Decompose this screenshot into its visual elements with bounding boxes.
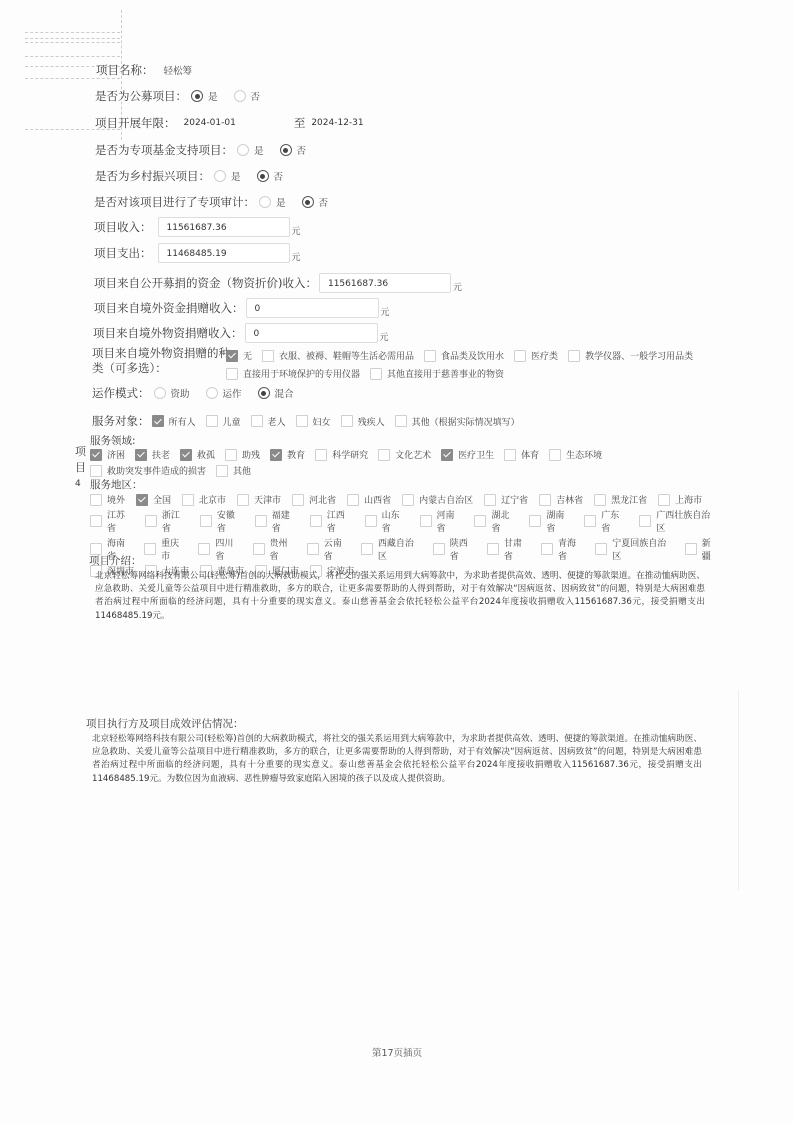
checkbox-label: 食品类及饮用水 xyxy=(441,349,504,362)
audit-label: 是否对该项目进行了专项审计： xyxy=(94,194,255,210)
side-label-char: 4 xyxy=(75,476,86,492)
checkbox-icon[interactable] xyxy=(529,515,541,527)
checkbox-label: 江西省 xyxy=(327,508,354,534)
checkbox-icon[interactable] xyxy=(90,494,102,506)
checkbox-label: 山西省 xyxy=(364,493,391,506)
regions-row: 江苏省浙江省安徽省福建省江西省山东省河南省湖北省湖南省广东省广西壮族自治区 xyxy=(90,508,730,534)
goods-types-label: 项目来自境外物资捐赠的种 类（可多选）： xyxy=(92,346,230,376)
goods-types-options: 无 衣服、被褥、鞋帽等生活必需用品 食品类及饮用水 医疗类 教学仪器、一般学习用… xyxy=(226,349,736,380)
checkbox-disability-aid[interactable]: 助残 xyxy=(225,448,260,461)
checkbox-children[interactable]: 儿童 xyxy=(206,415,241,428)
radio-no-label: 否 xyxy=(297,143,307,157)
checkbox-other-field[interactable]: 其他 xyxy=(216,464,251,477)
checkbox-other-charity[interactable]: 其他直接用于慈善事业的物资 xyxy=(370,367,504,380)
expense-unit: 元 xyxy=(292,250,301,263)
checkbox-icon[interactable] xyxy=(216,465,228,477)
checkbox-label: 甘肃省 xyxy=(504,536,530,562)
foreign-goods-label: 项目来自境外物资捐赠收入： xyxy=(93,325,243,341)
checkbox-region[interactable]: 广东省 xyxy=(584,508,628,534)
checkbox-icon[interactable] xyxy=(262,350,274,362)
regions-label: 服务地区： xyxy=(90,477,143,492)
checkbox-icon[interactable] xyxy=(237,494,249,506)
checkbox-label: 辽宁省 xyxy=(501,493,528,506)
goods-types-label-line1: 项目来自境外物资捐赠的种 xyxy=(92,346,230,361)
checkbox-region[interactable]: 浙江省 xyxy=(145,508,189,534)
project-name-value: 轻松筹 xyxy=(164,63,193,77)
checkbox-label: 儿童 xyxy=(223,415,241,428)
checkbox-daily-goods[interactable]: 衣服、被褥、鞋帽等生活必需用品 xyxy=(262,349,414,362)
checkbox-icon[interactable] xyxy=(361,543,373,555)
checkbox-label: 湖南省 xyxy=(546,508,573,534)
checkbox-label: 天津市 xyxy=(254,493,281,506)
checkbox-label: 黑龙江省 xyxy=(611,493,647,506)
checkbox-icon[interactable] xyxy=(594,494,606,506)
checkbox-poverty[interactable]: 济困 xyxy=(90,448,125,461)
checkbox-label: 其他 xyxy=(233,464,251,477)
checkbox-icon[interactable] xyxy=(251,415,263,427)
radio-no-label: 否 xyxy=(319,195,329,209)
checkbox-region[interactable]: 广西壮族自治区 xyxy=(639,508,719,534)
foreign-fund-row: 项目来自境外资金捐赠收入： 0 元 xyxy=(94,297,390,318)
public-income-field[interactable]: 11561687.36 xyxy=(319,273,451,293)
checkbox-label: 生态环境 xyxy=(566,448,602,461)
checkbox-icon[interactable] xyxy=(296,415,308,427)
checkbox-icon[interactable] xyxy=(539,494,551,506)
checkbox-icon[interactable] xyxy=(541,543,553,555)
targets-row: 服务对象： 所有人 儿童 老人 妇女 残疾人 其他（根据实际情况填写） xyxy=(92,413,530,429)
checkbox-icon[interactable] xyxy=(90,515,102,527)
radio-yes-label: 是 xyxy=(254,143,264,157)
side-label-char: 项 xyxy=(75,444,86,460)
checkbox-region[interactable]: 西藏自治区 xyxy=(361,536,422,562)
checkbox-region[interactable]: 甘肃省 xyxy=(487,536,530,562)
checkbox-icon[interactable] xyxy=(253,543,265,555)
checkbox-label: 云南省 xyxy=(324,536,350,562)
checkbox-region[interactable]: 黑龙江省 xyxy=(594,493,647,506)
checkbox-icon[interactable] xyxy=(487,543,499,555)
checkbox-label: 重庆市 xyxy=(161,536,187,562)
checkbox-icon[interactable] xyxy=(474,515,486,527)
foreign-goods-field[interactable]: 0 xyxy=(245,323,378,343)
checkbox-label: 其他直接用于慈善事业的物资 xyxy=(387,367,504,380)
checkbox-icon[interactable] xyxy=(90,465,102,477)
checkbox-region[interactable]: 福建省 xyxy=(255,508,299,534)
checkbox-icon[interactable] xyxy=(226,368,238,380)
page-number: 第17页插页 xyxy=(372,1045,422,1059)
checkbox-region[interactable]: 山西省 xyxy=(347,493,391,506)
radio-no-label: 否 xyxy=(251,89,261,103)
checkbox-icon[interactable] xyxy=(135,449,147,461)
radio-yes-label: 是 xyxy=(231,169,241,183)
checkbox-icon[interactable] xyxy=(225,449,237,461)
checkbox-medical[interactable]: 医疗类 xyxy=(514,349,558,362)
radio-no[interactable] xyxy=(234,90,246,102)
checkbox-region[interactable]: 江苏省 xyxy=(90,508,134,534)
scan-line xyxy=(25,56,120,57)
checkbox-region[interactable]: 山东省 xyxy=(365,508,409,534)
radio-funding-label: 资助 xyxy=(171,386,190,400)
checkbox-region[interactable]: 天津市 xyxy=(237,493,281,506)
targets-label: 服务对象： xyxy=(92,413,150,429)
checkbox-label: 贵州省 xyxy=(270,536,296,562)
checkbox-region[interactable]: 全国 xyxy=(136,493,171,506)
scan-line xyxy=(738,690,739,890)
checkbox-icon[interactable] xyxy=(514,350,526,362)
project-name-row: 项目名称： 轻松筹 xyxy=(96,62,192,78)
period-sep: 至 xyxy=(294,115,306,131)
checkbox-women[interactable]: 妇女 xyxy=(296,415,331,428)
checkbox-region[interactable]: 新疆 xyxy=(685,536,719,562)
checkbox-region[interactable]: 青海省 xyxy=(541,536,584,562)
foreign-fund-label: 项目来自境外资金捐赠收入： xyxy=(94,300,244,316)
scan-line xyxy=(25,38,120,39)
income-unit: 元 xyxy=(292,224,301,237)
checkbox-label: 四川省 xyxy=(215,536,241,562)
public-income-label: 项目来自公开募捐的资金（物资折价)收入： xyxy=(94,275,317,291)
checkbox-icon[interactable] xyxy=(658,494,670,506)
checkbox-icon[interactable] xyxy=(584,515,596,527)
checkbox-icon[interactable] xyxy=(441,449,453,461)
checkbox-label: 残疾人 xyxy=(358,415,385,428)
checkbox-icon[interactable] xyxy=(378,449,390,461)
checkbox-elderly[interactable]: 老人 xyxy=(251,415,286,428)
checkbox-environment[interactable]: 直接用于环境保护的专用仪器 xyxy=(226,367,360,380)
checkbox-label: 体育 xyxy=(521,448,539,461)
scan-line xyxy=(25,42,120,43)
checkbox-icon[interactable] xyxy=(402,494,414,506)
checkbox-label: 文化艺术 xyxy=(395,448,431,461)
radio-mixed[interactable] xyxy=(258,387,270,399)
checkbox-region[interactable]: 吉林省 xyxy=(539,493,583,506)
checkbox-icon[interactable] xyxy=(433,543,445,555)
checkbox-label: 河北省 xyxy=(309,493,336,506)
checkbox-icon[interactable] xyxy=(639,515,651,527)
checkbox-label: 浙江省 xyxy=(162,508,189,534)
checkbox-icon[interactable] xyxy=(307,543,319,555)
checkbox-label: 福建省 xyxy=(272,508,299,534)
checkbox-emergency[interactable]: 救助突发事件造成的损害 xyxy=(90,464,206,477)
foreign-fund-unit: 元 xyxy=(381,305,390,318)
checkbox-icon[interactable] xyxy=(315,449,327,461)
checkbox-food[interactable]: 食品类及饮用水 xyxy=(424,349,504,362)
checkbox-label: 江苏省 xyxy=(107,508,134,534)
checkbox-label: 河南省 xyxy=(437,508,464,534)
checkbox-icon[interactable] xyxy=(685,543,697,555)
checkbox-label: 救助突发事件造成的损害 xyxy=(107,464,206,477)
checkbox-icon[interactable] xyxy=(144,543,156,555)
checkbox-icon[interactable] xyxy=(595,543,607,555)
checkbox-icon[interactable] xyxy=(310,515,322,527)
checkbox-region[interactable]: 宁夏回族自治区 xyxy=(595,536,673,562)
checkbox-label: 广西壮族自治区 xyxy=(656,508,719,534)
checkbox-label: 吉林省 xyxy=(556,493,583,506)
radio-no-label: 否 xyxy=(274,169,284,183)
checkbox-icon[interactable] xyxy=(484,494,496,506)
checkbox-label: 陕西省 xyxy=(450,536,476,562)
checkbox-icon[interactable] xyxy=(395,415,407,427)
checkbox-label: 安徽省 xyxy=(217,508,244,534)
checkbox-label: 医疗卫生 xyxy=(458,448,494,461)
checkbox-culture[interactable]: 文化艺术 xyxy=(378,448,431,461)
checkbox-region[interactable]: 贵州省 xyxy=(253,536,296,562)
checkbox-region[interactable]: 河南省 xyxy=(420,508,464,534)
checkbox-region[interactable]: 上海市 xyxy=(658,493,702,506)
checkbox-label: 上海市 xyxy=(675,493,702,506)
checkbox-region[interactable]: 湖南省 xyxy=(529,508,573,534)
checkbox-region[interactable]: 北京市 xyxy=(182,493,226,506)
checkbox-label: 新疆 xyxy=(702,536,719,562)
checkbox-label: 全国 xyxy=(153,493,171,506)
radio-yes[interactable] xyxy=(214,170,226,182)
goods-types-label-line2: 类（可多选）： xyxy=(92,361,230,376)
checkbox-icon[interactable] xyxy=(255,515,267,527)
fields-label: 服务领域: xyxy=(90,433,136,448)
checkbox-education[interactable]: 教学仪器、一般学习用品类 xyxy=(568,349,693,362)
checkbox-ecology[interactable]: 生态环境 xyxy=(549,448,602,461)
expense-label: 项目支出： xyxy=(94,245,152,261)
radio-yes-label: 是 xyxy=(208,89,218,103)
checkbox-region[interactable]: 安徽省 xyxy=(200,508,244,534)
checkbox-icon[interactable] xyxy=(145,515,157,527)
checkbox-label: 无 xyxy=(243,349,252,362)
checkbox-label: 其他（根据实际情况填写） xyxy=(412,415,520,428)
checkbox-region[interactable]: 江西省 xyxy=(310,508,354,534)
radio-funding[interactable] xyxy=(154,387,166,399)
period-row: 项目开展年限： 2024-01-01 至 2024-12-31 xyxy=(95,115,364,131)
evaluation-text: 北京轻松筹网络科技有限公司(轻松筹)首创的大病救助模式，将社交的强关系运用到大病… xyxy=(92,733,702,786)
checkbox-icon[interactable] xyxy=(365,515,377,527)
audit-row: 是否对该项目进行了专项审计： 是 否 xyxy=(94,194,340,210)
radio-yes[interactable] xyxy=(237,144,249,156)
period-end: 2024-12-31 xyxy=(311,118,363,128)
checkbox-region[interactable]: 四川省 xyxy=(198,536,241,562)
checkbox-label: 科学研究 xyxy=(332,448,368,461)
checkbox-region[interactable]: 河北省 xyxy=(292,493,336,506)
checkbox-label: 青海省 xyxy=(558,536,584,562)
checkbox-label: 广东省 xyxy=(601,508,628,534)
foreign-goods-unit: 元 xyxy=(380,330,389,343)
checkbox-icon[interactable] xyxy=(549,449,561,461)
checkbox-label: 北京市 xyxy=(199,493,226,506)
rural-row: 是否为乡村振兴项目： 是 否 xyxy=(95,168,295,184)
checkbox-icon[interactable] xyxy=(90,449,102,461)
side-label-char: 目 xyxy=(75,460,86,476)
checkbox-region[interactable]: 云南省 xyxy=(307,536,350,562)
checkbox-region[interactable]: 内蒙古自治区 xyxy=(402,493,473,506)
checkbox-label: 助残 xyxy=(242,448,260,461)
special-fund-label: 是否为专项基金支持项目： xyxy=(95,142,233,158)
radio-no[interactable] xyxy=(302,196,314,208)
checkbox-label: 内蒙古自治区 xyxy=(419,493,473,506)
radio-no[interactable] xyxy=(257,170,269,182)
checkbox-sports[interactable]: 体育 xyxy=(504,448,539,461)
regions-options: 境外全国北京市天津市河北省山西省内蒙古自治区辽宁省吉林省黑龙江省上海市江苏省浙江… xyxy=(90,493,730,577)
checkbox-elderly-care[interactable]: 扶老 xyxy=(135,448,170,461)
checkbox-label: 扶老 xyxy=(152,448,170,461)
checkbox-label: 妇女 xyxy=(313,415,331,428)
checkbox-icon[interactable] xyxy=(226,350,238,362)
checkbox-everyone[interactable]: 所有人 xyxy=(152,415,196,428)
checkbox-region[interactable]: 辽宁省 xyxy=(484,493,528,506)
checkbox-healthcare[interactable]: 医疗卫生 xyxy=(441,448,494,461)
checkbox-label: 直接用于环境保护的专用仪器 xyxy=(243,367,360,380)
checkbox-region[interactable]: 湖北省 xyxy=(474,508,518,534)
checkbox-icon[interactable] xyxy=(180,449,192,461)
checkbox-region[interactable]: 陕西省 xyxy=(433,536,476,562)
checkbox-label: 衣服、被褥、鞋帽等生活必需用品 xyxy=(279,349,414,362)
checkbox-label: 老人 xyxy=(268,415,286,428)
regions-row: 境外全国北京市天津市河北省山西省内蒙古自治区辽宁省吉林省黑龙江省上海市 xyxy=(90,493,730,506)
checkbox-icon[interactable] xyxy=(370,368,382,380)
checkbox-label: 教育 xyxy=(287,448,305,461)
checkbox-region[interactable]: 重庆市 xyxy=(144,536,187,562)
intro-label: 项目介绍： xyxy=(89,553,142,568)
checkbox-icon[interactable] xyxy=(292,494,304,506)
checkbox-label: 所有人 xyxy=(169,415,196,428)
checkbox-none[interactable]: 无 xyxy=(226,349,252,362)
fields-options: 济困 扶老 救孤 助残 教育 科学研究 文化艺术 医疗卫生 体育 生态环境 救助… xyxy=(90,448,730,477)
special-fund-row: 是否为专项基金支持项目： 是 否 xyxy=(95,142,318,158)
checkbox-icon[interactable] xyxy=(152,415,164,427)
checkbox-label: 宁夏回族自治区 xyxy=(612,536,673,562)
checkbox-orphan[interactable]: 救孤 xyxy=(180,448,215,461)
checkbox-region[interactable]: 境外 xyxy=(90,493,125,506)
checkbox-label: 济困 xyxy=(107,448,125,461)
evaluation-label: 项目执行方及项目成效评估情况： xyxy=(86,716,244,731)
mode-row: 运作模式： 资助 运作 混合 xyxy=(92,385,306,401)
mode-label: 运作模式： xyxy=(92,385,150,401)
checkbox-label: 教学仪器、一般学习用品类 xyxy=(585,349,693,362)
project-name-label: 项目名称： xyxy=(96,62,154,78)
expense-field[interactable]: 11468485.19 xyxy=(158,243,290,263)
radio-yes-label: 是 xyxy=(276,195,286,209)
radio-no[interactable] xyxy=(280,144,292,156)
radio-operation-label: 运作 xyxy=(223,386,242,400)
regions-row: 海南省重庆市四川省贵州省云南省西藏自治区陕西省甘肃省青海省宁夏回族自治区新疆 xyxy=(90,536,730,562)
checkbox-label: 山东省 xyxy=(382,508,409,534)
income-label: 项目收入： xyxy=(94,219,152,235)
checkbox-label: 医疗类 xyxy=(531,349,558,362)
side-section-label: 项 目 4 xyxy=(75,444,86,492)
checkbox-icon[interactable] xyxy=(341,415,353,427)
public-fundraising-label: 是否为公募项目： xyxy=(95,88,187,104)
checkbox-label: 西藏自治区 xyxy=(378,536,422,562)
checkbox-label: 救孤 xyxy=(197,448,215,461)
checkbox-disabled[interactable]: 残疾人 xyxy=(341,415,385,428)
period-label: 项目开展年限： xyxy=(95,115,176,131)
checkbox-label: 境外 xyxy=(107,493,125,506)
checkbox-icon[interactable] xyxy=(200,515,212,527)
scan-line xyxy=(25,78,120,79)
checkbox-icon[interactable] xyxy=(420,515,432,527)
checkbox-icon[interactable] xyxy=(198,543,210,555)
period-start: 2024-01-01 xyxy=(184,118,236,128)
checkbox-icon[interactable] xyxy=(347,494,359,506)
checkbox-icon[interactable] xyxy=(270,449,282,461)
rural-label: 是否为乡村振兴项目： xyxy=(95,168,210,184)
checkbox-education-field[interactable]: 教育 xyxy=(270,448,305,461)
checkbox-icon[interactable] xyxy=(182,494,194,506)
checkbox-label: 湖北省 xyxy=(491,508,518,534)
scan-line xyxy=(25,32,120,33)
public-income-unit: 元 xyxy=(453,280,462,293)
checkbox-other-target[interactable]: 其他（根据实际情况填写） xyxy=(395,415,520,428)
income-field[interactable]: 11561687.36 xyxy=(158,217,290,237)
foreign-fund-field[interactable]: 0 xyxy=(246,298,379,318)
checkbox-icon[interactable] xyxy=(424,350,436,362)
checkbox-science[interactable]: 科学研究 xyxy=(315,448,368,461)
expense-row: 项目支出： 11468485.19 元 xyxy=(94,242,301,263)
public-fundraising-row: 是否为公募项目： 是 否 xyxy=(95,88,272,104)
radio-yes[interactable] xyxy=(259,196,271,208)
public-income-row: 项目来自公开募捐的资金（物资折价)收入： 11561687.36 元 xyxy=(94,272,462,293)
radio-mixed-label: 混合 xyxy=(275,386,294,400)
checkbox-icon[interactable] xyxy=(504,449,516,461)
radio-yes[interactable] xyxy=(191,90,203,102)
checkbox-icon[interactable] xyxy=(206,415,218,427)
foreign-goods-row: 项目来自境外物资捐赠收入： 0 元 xyxy=(93,322,389,343)
intro-text: 北京轻松筹网络科技有限公司(轻松筹)首创的大病救助模式，将社交的强关系运用到大病… xyxy=(95,570,705,623)
checkbox-icon[interactable] xyxy=(136,494,148,506)
income-row: 项目收入： 11561687.36 元 xyxy=(94,216,301,237)
radio-operation[interactable] xyxy=(206,387,218,399)
checkbox-icon[interactable] xyxy=(568,350,580,362)
